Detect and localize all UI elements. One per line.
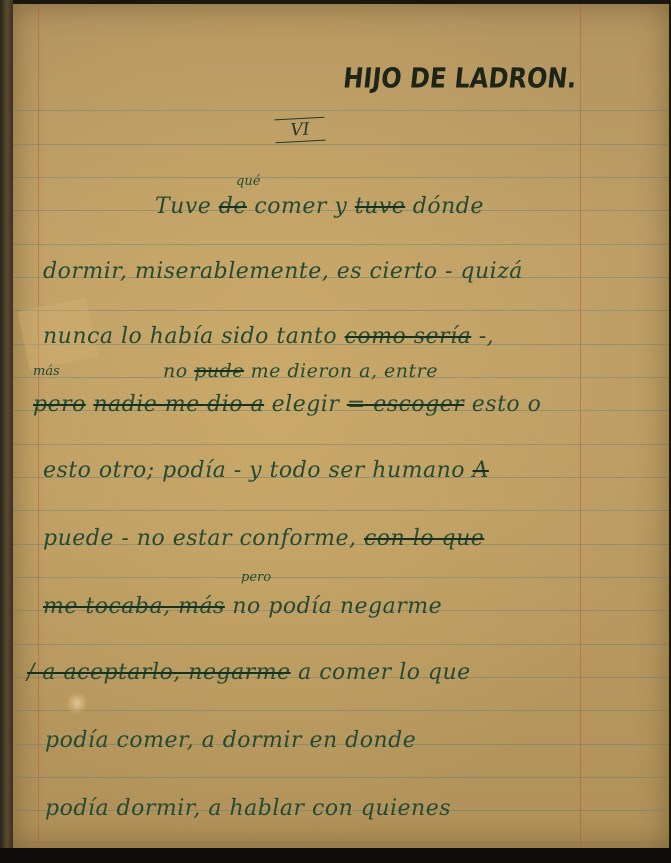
text-segment: Tuve <box>155 194 219 219</box>
ruled-line <box>13 577 669 578</box>
manuscript-line-9: podía comer, a dormir en donde <box>45 728 416 753</box>
manuscript-line-5: esto otro; podía - y todo ser humano A <box>43 458 489 483</box>
paper-stain <box>63 692 91 714</box>
struck-segment: = escoger <box>347 392 464 417</box>
struck-segment: / a aceptarlo, negarme <box>27 660 291 685</box>
manuscript-line-8: / a aceptarlo, negarme a comer lo que <box>27 660 471 685</box>
struck-segment: con lo que <box>364 526 484 551</box>
interlinear-insert-line: no pude me dieron a, entre <box>163 360 438 382</box>
notebook-page: HIJO DE LADRON. VI qué Tuve de comer y t… <box>13 4 669 848</box>
struck-segment: pero <box>33 392 86 417</box>
ruled-line <box>13 310 669 311</box>
ruled-line <box>13 177 669 178</box>
ruled-line <box>13 444 669 445</box>
manuscript-line-1: Tuve de comer y tuve dónde <box>155 194 484 219</box>
text-segment: me dieron a, entre <box>244 360 438 382</box>
chapter-number: VI <box>274 117 325 144</box>
text-segment: -, <box>471 324 494 349</box>
ruled-line <box>13 777 669 778</box>
ruled-line <box>13 510 669 511</box>
text-segment: dónde <box>405 194 484 219</box>
ruled-line <box>13 110 669 111</box>
ruled-line <box>13 144 669 145</box>
interlinear-insert: pero <box>241 570 271 585</box>
ruled-line <box>13 710 669 711</box>
right-margin-line <box>580 4 581 848</box>
interlinear-insert: más <box>33 364 60 379</box>
manuscript-line-2: dormir, miserablemente, es cierto - quiz… <box>43 259 523 284</box>
manuscript-title: HIJO DE LADRON. <box>342 62 579 94</box>
struck-segment: como sería <box>345 324 472 349</box>
text-segment: puede - no estar conforme, <box>43 526 364 551</box>
binding-edge <box>0 0 13 850</box>
ruled-line <box>13 244 669 245</box>
manuscript-line-4: pero nadie me dio a elegir = escoger est… <box>33 392 541 417</box>
manuscript-line-7: me tocaba, más no podía negarme <box>43 594 442 619</box>
text-segment: a comer lo que <box>291 660 471 685</box>
text-segment: podía dormir, a hablar con quienes <box>45 796 451 821</box>
interlinear-insert: qué <box>236 174 260 189</box>
left-margin-line <box>38 4 39 848</box>
ruled-line <box>13 842 669 843</box>
text-segment: dormir, miserablemente, es cierto - quiz… <box>43 259 523 284</box>
ruled-line <box>13 644 669 645</box>
struck-segment: A <box>473 458 489 483</box>
text-segment: comer y <box>247 194 355 219</box>
text-segment: podía comer, a dormir en donde <box>45 728 416 753</box>
text-segment: elegir <box>264 392 347 417</box>
struck-segment: tuve <box>355 194 405 219</box>
text-segment: esto otro; podía - y todo ser humano <box>43 458 473 483</box>
text-segment: no <box>163 360 194 382</box>
manuscript-line-3: nunca lo había sido tanto como sería -, <box>43 324 494 349</box>
struck-segment: pude <box>194 360 244 382</box>
manuscript-line-10: podía dormir, a hablar con quienes <box>45 796 451 821</box>
struck-segment: de <box>219 194 247 219</box>
struck-segment: me tocaba, más <box>43 594 225 619</box>
struck-segment: nadie me dio a <box>93 392 264 417</box>
text-segment: nunca lo había sido tanto <box>43 324 345 349</box>
text-segment: no podía negarme <box>225 594 442 619</box>
manuscript-line-6: puede - no estar conforme, con lo que <box>43 526 484 551</box>
text-segment: esto o <box>464 392 541 417</box>
scan-bottom-edge <box>0 848 671 863</box>
